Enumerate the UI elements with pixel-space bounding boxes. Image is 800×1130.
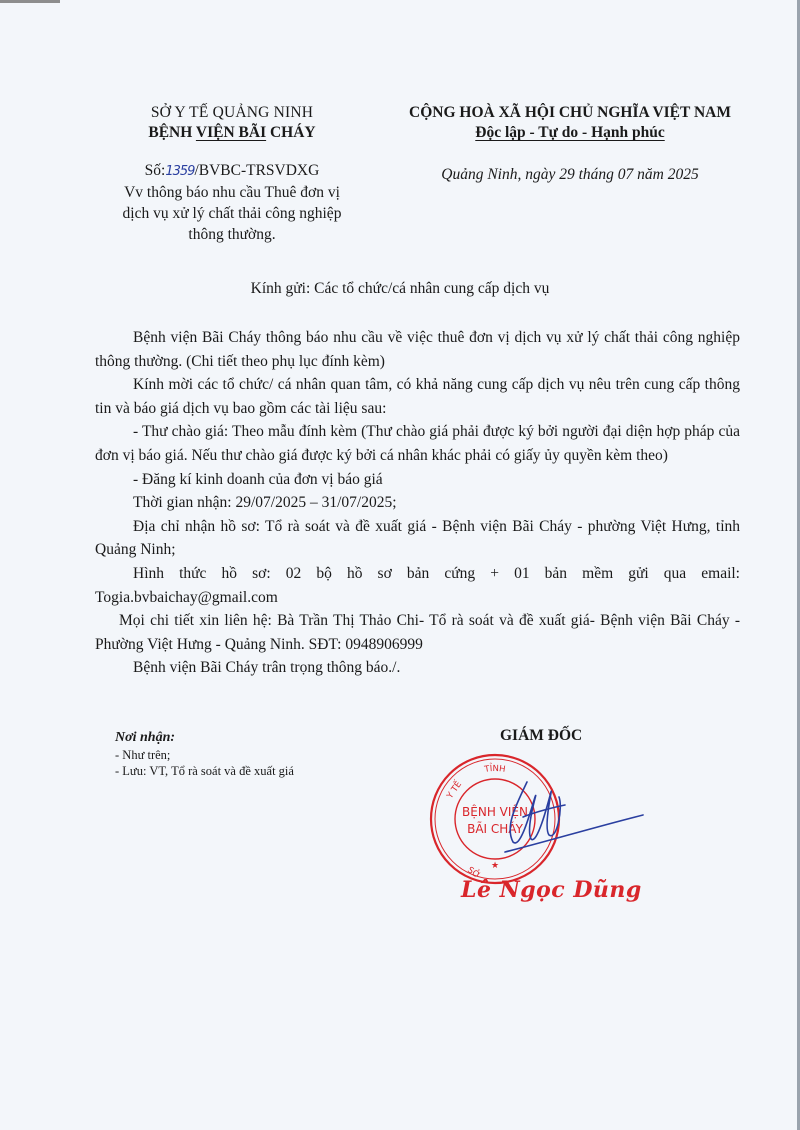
document-subject: Vv thông báo nhu cầu Thuê đơn vị dịch vụ… (112, 182, 352, 245)
handwritten-number: 1359 (165, 164, 194, 179)
department-name: SỞ Y TẾ QUẢNG NINH (112, 103, 352, 123)
national-header-block: CỘNG HOÀ XÃ HỘI CHỦ NGHĨA VIỆT NAM Độc l… (370, 103, 770, 185)
place-date: Quảng Ninh, ngày 29 tháng 07 năm 2025 (370, 165, 770, 185)
document-number: Số:1359/BVBC-TRSVDXG (112, 161, 352, 182)
handwritten-signature-icon (465, 757, 645, 867)
national-motto: Độc lập - Tự do - Hạnh phúc (475, 124, 664, 141)
signature-block: GIÁM ĐỐC TỈNH Y TẾ SỞ BỆNH VIỆN BÃI CHÁY… (445, 727, 645, 917)
receiving-address: Địa chỉ nhận hồ sơ: Tổ rà soát và đề xuấ… (95, 515, 740, 562)
contact-email: Togia.bvbaichay@gmail.com (95, 586, 740, 610)
list-item-quote-letter: - Thư chào giá: Theo mẫu đính kèm (Thư c… (95, 420, 740, 467)
salutation: Kính gửi: Các tổ chức/cá nhân cung cấp d… (0, 280, 800, 298)
national-title: CỘNG HOÀ XÃ HỘI CHỦ NGHĨA VIỆT NAM (370, 103, 770, 123)
recipient-item: - Như trên; (115, 747, 294, 763)
receiving-time: Thời gian nhận: 29/07/2025 – 31/07/2025; (95, 491, 740, 515)
list-item-business-registration: - Đăng kí kinh doanh của đơn vị báo giá (95, 468, 740, 492)
contact-details: Mọi chi tiết xin liên hệ: Bà Trần Thị Th… (95, 609, 740, 656)
scan-edge-mark (0, 0, 60, 3)
letter-body: Bệnh viện Bãi Cháy thông báo nhu cầu về … (95, 326, 740, 680)
paragraph-notice: Bệnh viện Bãi Cháy thông báo nhu cầu về … (95, 326, 740, 373)
closing-line: Bệnh viện Bãi Cháy trân trọng thông báo.… (95, 656, 740, 680)
document-page: SỞ Y TẾ QUẢNG NINH BỆNH VIỆN BÃI CHÁY Số… (0, 0, 800, 1130)
paragraph-invitation: Kính mời các tổ chức/ cá nhân quan tâm, … (95, 373, 740, 420)
submission-format: Hình thức hồ sơ: 02 bộ hồ sơ bản cứng + … (95, 562, 740, 586)
recipient-item: - Lưu: VT, Tổ rà soát và đề xuất giá (115, 763, 294, 779)
recipients-title: Nơi nhận: (115, 730, 294, 746)
recipients-block: Nơi nhận: - Như trên; - Lưu: VT, Tổ rà s… (115, 730, 294, 779)
signer-role: GIÁM ĐỐC (500, 727, 582, 745)
issuing-authority-block: SỞ Y TẾ QUẢNG NINH BỆNH VIỆN BÃI CHÁY Số… (112, 103, 352, 245)
signer-name: Lê Ngọc Dũng (461, 877, 642, 903)
hospital-name: BỆNH VIỆN BÃI CHÁY (112, 123, 352, 143)
